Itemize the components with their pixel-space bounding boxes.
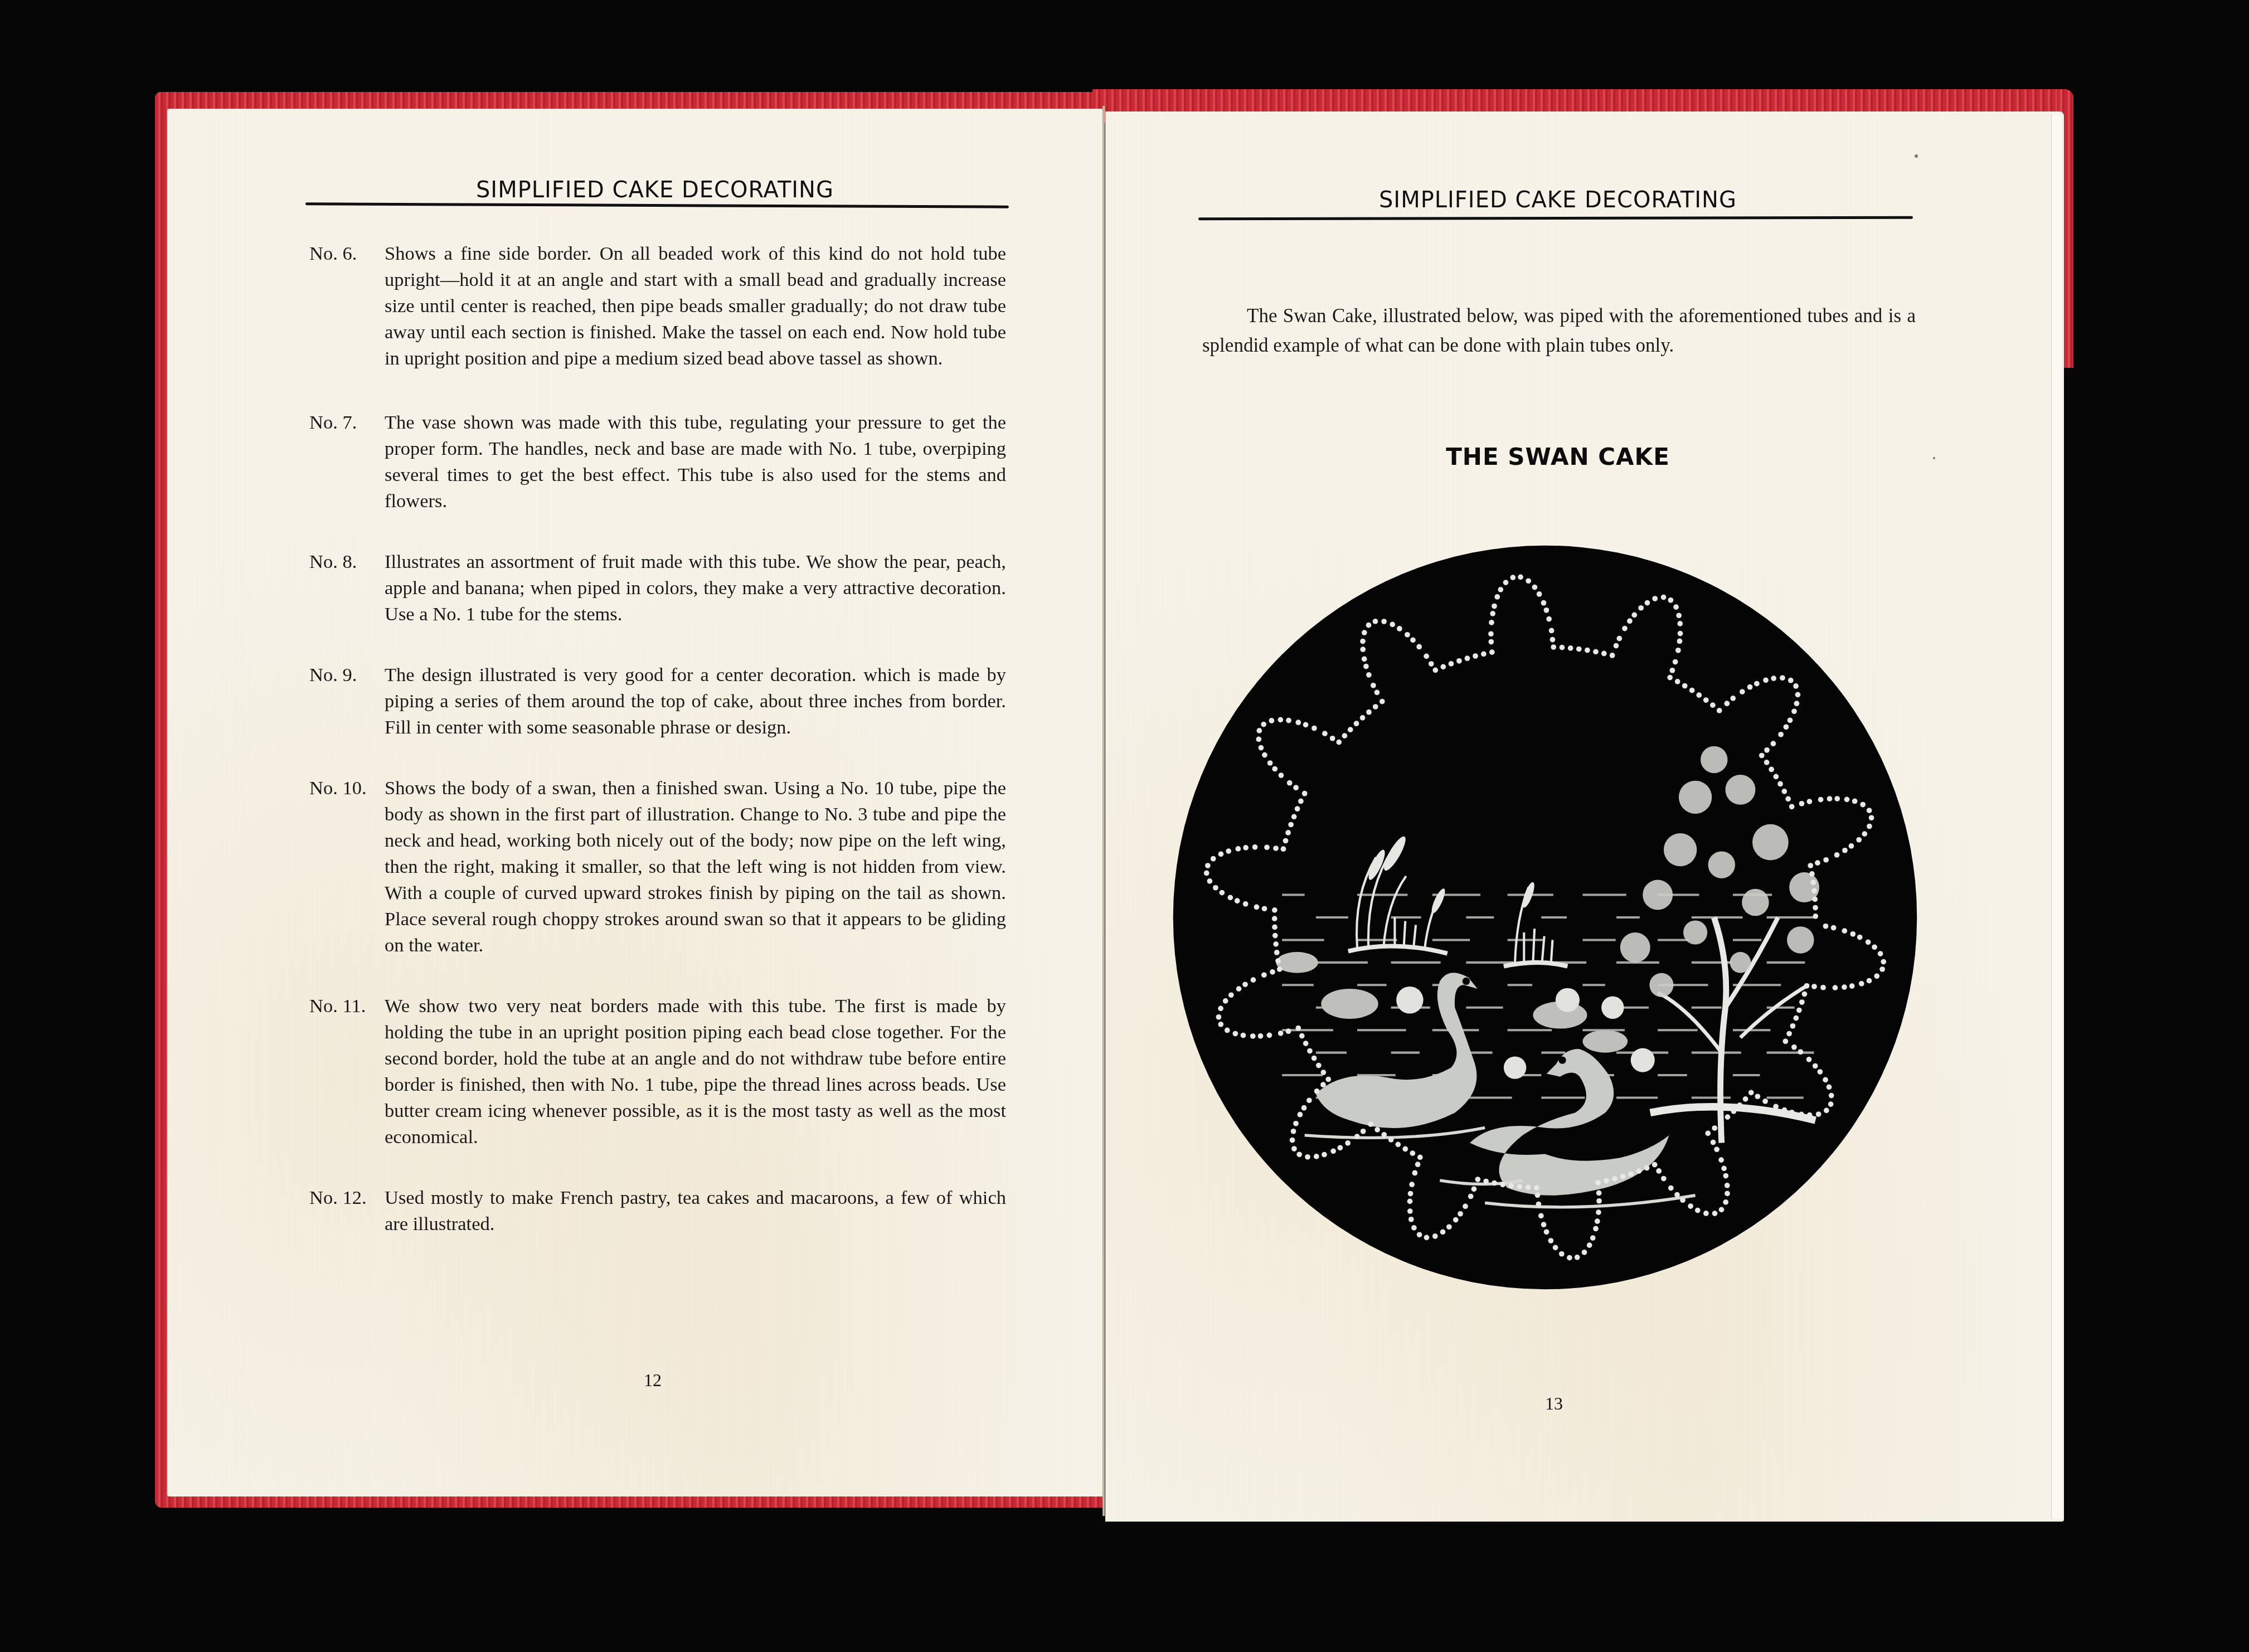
left-running-head: SIMPLIFIED CAKE DECORATING	[304, 177, 1006, 203]
tube-entries-list: No. 6. Shows a fine side border. On all …	[309, 241, 1006, 1237]
page-number-right: 13	[1545, 1393, 1563, 1414]
page-number-left: 12	[644, 1370, 662, 1391]
entry-text: The vase shown was made with this tube, …	[385, 410, 1006, 514]
right-running-head: SIMPLIFIED CAKE DECORATING	[1198, 187, 1917, 213]
entry-no-6: No. 6. Shows a fine side border. On all …	[309, 241, 1006, 372]
entry-no-11: No. 11. We show two very neat borders ma…	[309, 993, 1006, 1150]
entry-number: No. 8.	[309, 549, 385, 575]
entry-number: No. 12.	[309, 1185, 385, 1211]
entry-number: No. 10.	[309, 775, 385, 801]
entry-text: Illustrates an assortment of fruit made …	[385, 549, 1006, 628]
entry-text: Shows the body of a swan, then a finishe…	[385, 775, 1006, 959]
entry-no-12: No. 12. Used mostly to make French pastr…	[309, 1185, 1006, 1237]
swan-cake-illustration	[1169, 542, 1921, 1293]
entry-no-10: No. 10. Shows the body of a swan, then a…	[309, 775, 1006, 959]
paper-speck	[1915, 154, 1918, 158]
entry-number: No. 9.	[309, 662, 385, 688]
entry-text: We show two very neat borders made with …	[385, 993, 1006, 1150]
entry-text: Shows a fine side border. On all beaded …	[385, 241, 1006, 372]
entry-number: No. 11.	[309, 993, 385, 1019]
plate-title: THE SWAN CAKE	[1198, 443, 1917, 470]
swan-cake-intro: The Swan Cake, illustrated below, was pi…	[1202, 301, 1916, 360]
entry-number: No. 7.	[309, 410, 385, 436]
page-edge	[2051, 114, 2062, 1519]
entry-text: The design illustrated is very good for …	[385, 662, 1006, 741]
entry-no-9: No. 9. The design illustrated is very go…	[309, 662, 1006, 741]
book-gutter	[1102, 106, 1105, 1516]
entry-no-8: No. 8. Illustrates an assortment of frui…	[309, 549, 1006, 628]
entry-number: No. 6.	[309, 241, 385, 267]
paper-speck	[1933, 457, 1935, 459]
entry-no-7: No. 7. The vase shown was made with this…	[309, 410, 1006, 514]
swan-cake-image	[1169, 542, 1921, 1293]
entry-text: Used mostly to make French pastry, tea c…	[385, 1185, 1006, 1237]
